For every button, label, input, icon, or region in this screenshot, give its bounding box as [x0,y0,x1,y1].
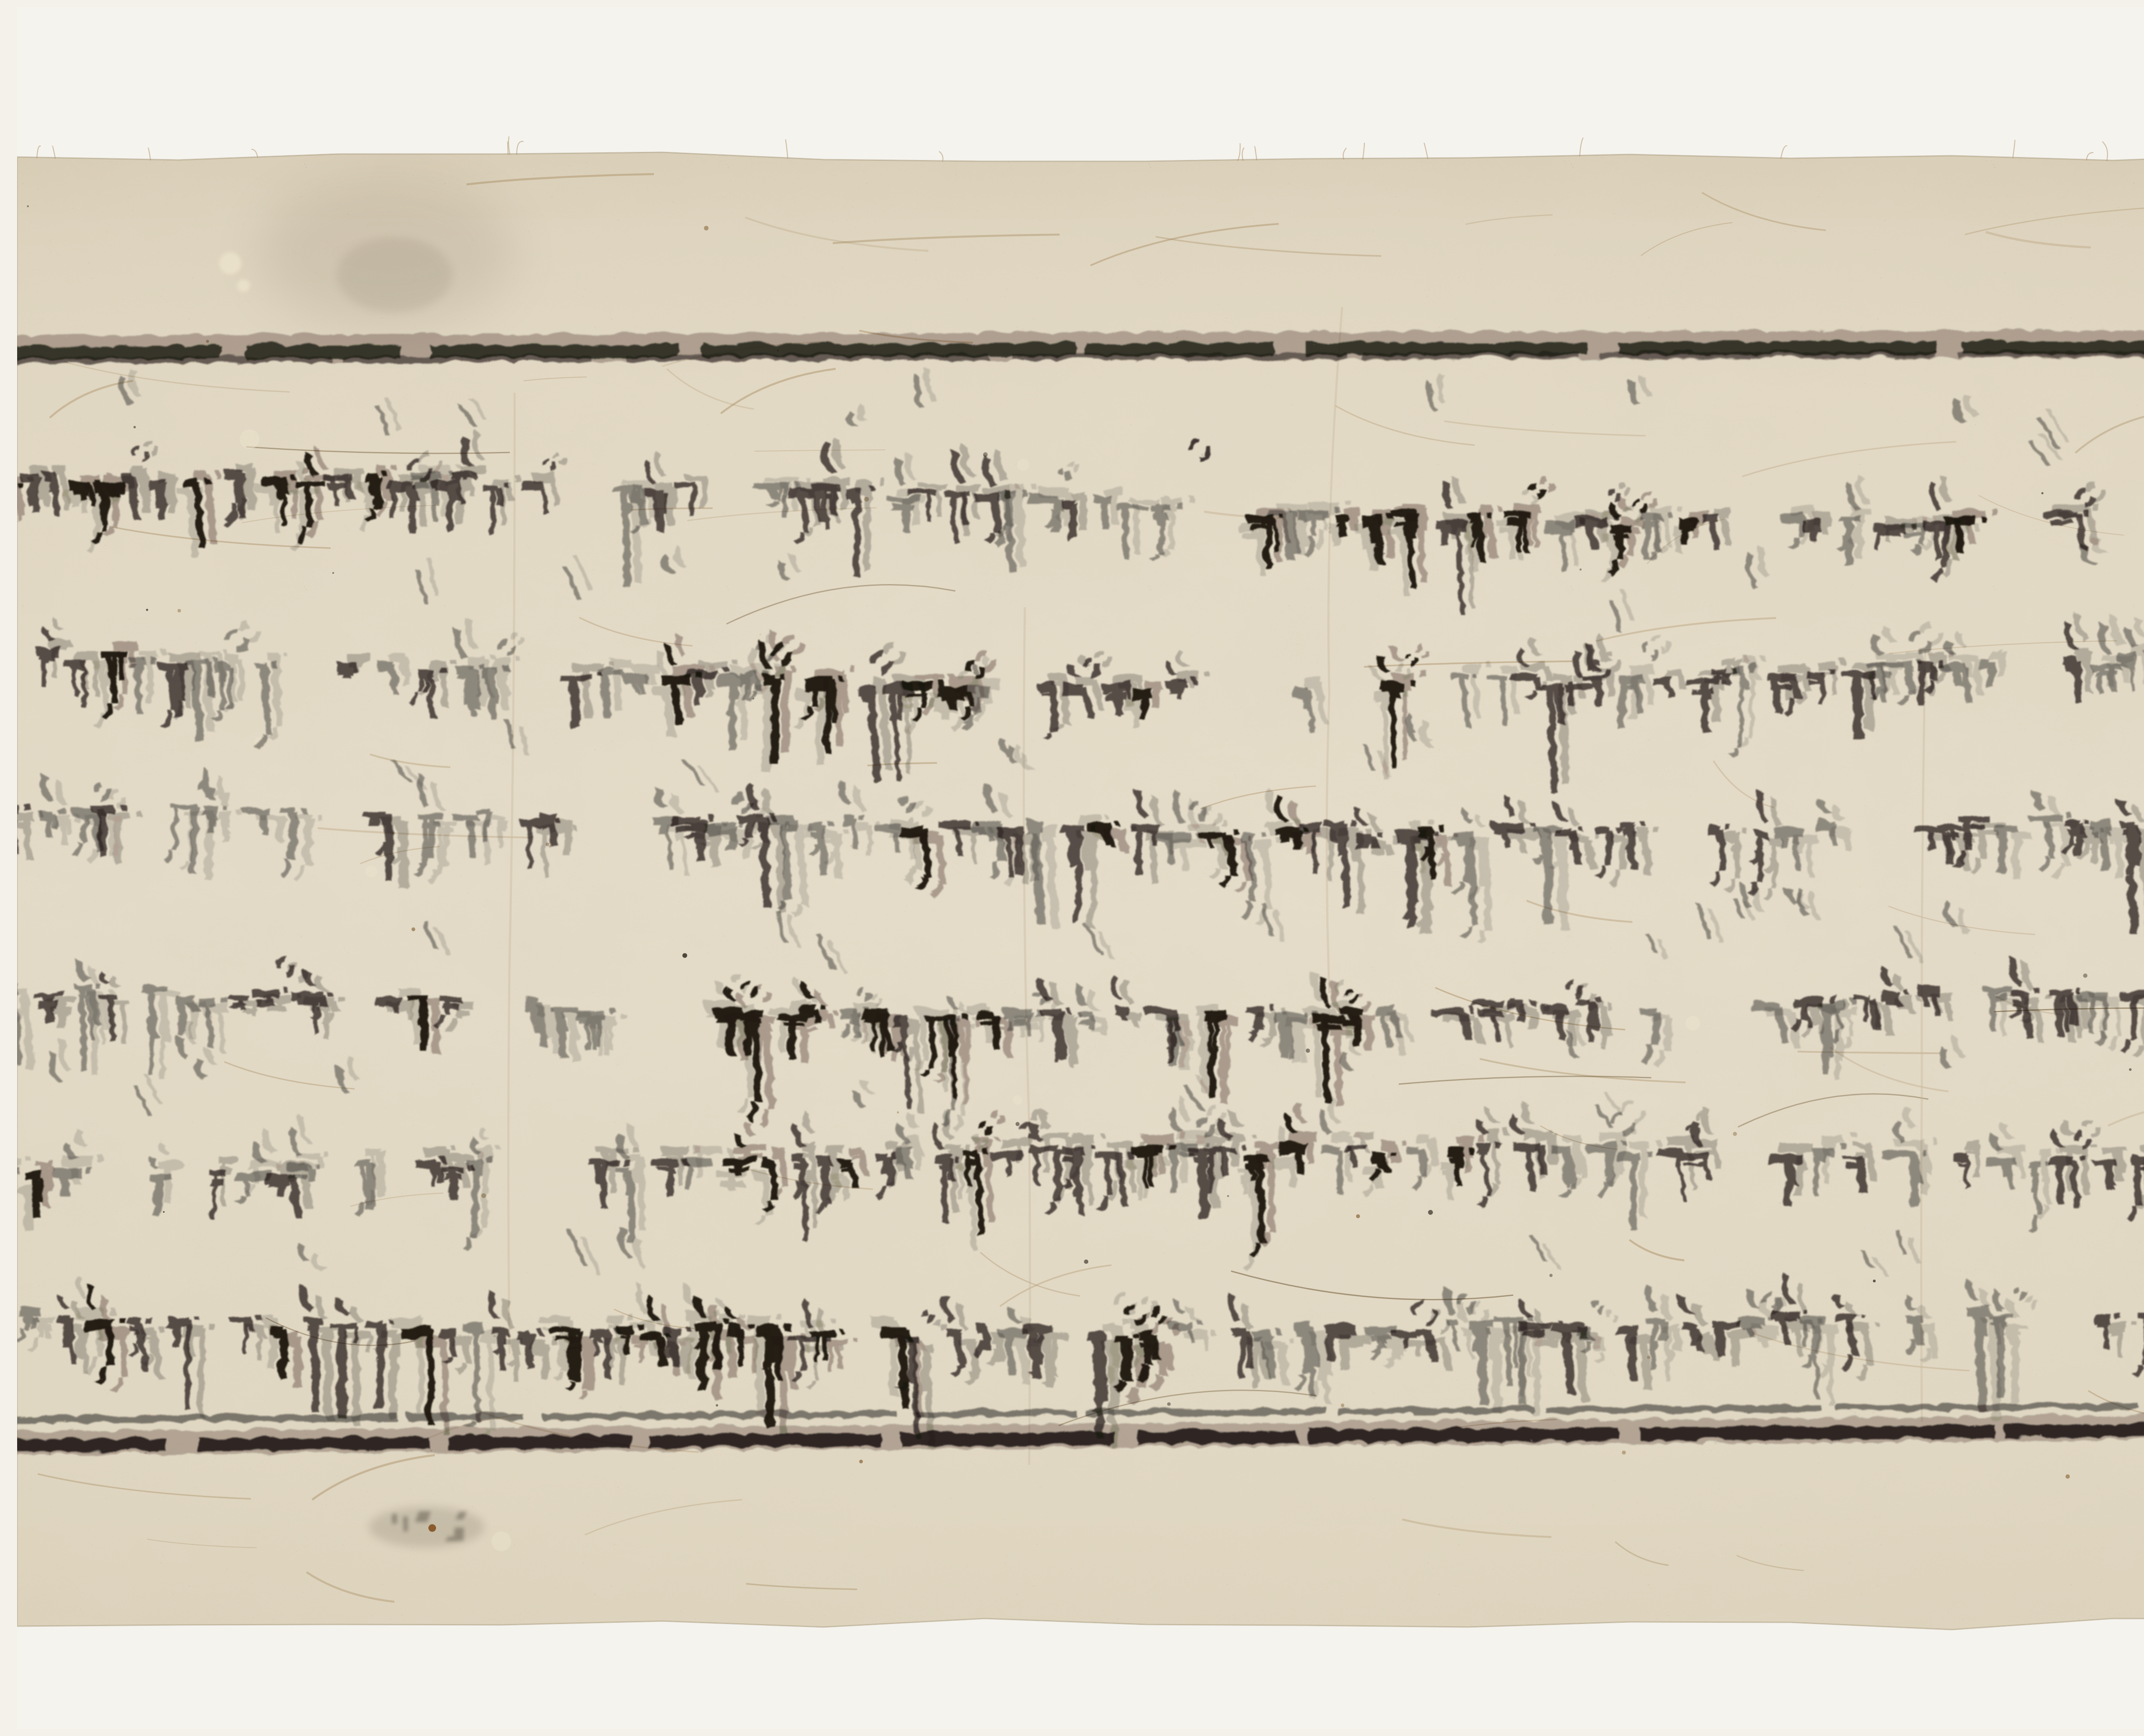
manuscript-canvas [17,7,2144,1729]
white-fleck [237,279,250,292]
brown-dot [428,1524,436,1532]
manuscript-photograph [17,7,2144,1729]
white-fleck [219,252,241,274]
